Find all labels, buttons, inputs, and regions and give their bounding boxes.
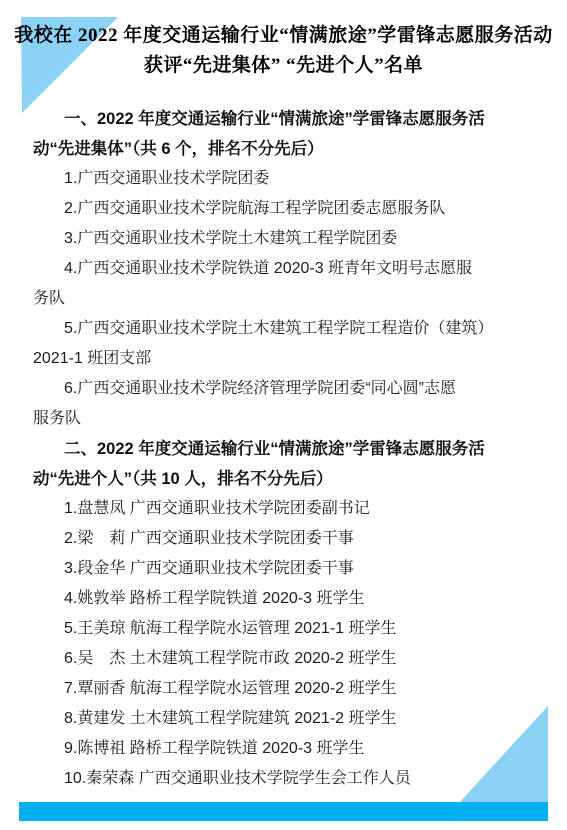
text-line: 3.段金华 广西交通职业技术学院团委干事	[33, 554, 537, 584]
corner-triangle-bottom-right	[456, 705, 548, 805]
document-body: 一、2022 年度交通运输行业“情满旅途”学雷锋志愿服务活 动“先进集体”（共 …	[33, 104, 537, 794]
text-line: 5.王美琼 航海工程学院水运管理 2021-1 班学生	[33, 614, 537, 644]
bottom-accent-band	[19, 802, 548, 821]
title-line-2: 获评“先进集体” “先进个人”名单	[0, 51, 567, 81]
document-page: 我校在 2022 年度交通运输行业“情满旅途”学雷锋志愿服务活动 获评“先进集体…	[0, 0, 567, 830]
text-line: 6.广西交通职业技术学院经济管理学院团委“同心圆”志愿	[33, 374, 537, 404]
text-line: 2.梁 莉 广西交通职业技术学院团委干事	[33, 524, 537, 554]
text-line: 5.广西交通职业技术学院土木建筑工程学院工程造价（建筑）	[33, 314, 537, 344]
page-title: 我校在 2022 年度交通运输行业“情满旅途”学雷锋志愿服务活动 获评“先进集体…	[0, 21, 567, 81]
section1-heading-line: 动“先进集体”（共 6 个，排名不分先后）	[33, 134, 537, 164]
text-line: 1.广西交通职业技术学院团委	[33, 164, 537, 194]
text-line: 7.覃丽香 航海工程学院水运管理 2020-2 班学生	[33, 674, 537, 704]
section1-heading-line: 一、2022 年度交通运输行业“情满旅途”学雷锋志愿服务活	[33, 104, 537, 134]
text-line: 1.盘慧凤 广西交通职业技术学院团委副书记	[33, 494, 537, 524]
text-line: 2021-1 班团支部	[33, 344, 537, 374]
section2-heading-line: 二、2022 年度交通运输行业“情满旅途”学雷锋志愿服务活	[33, 434, 537, 464]
text-line: 务队	[33, 284, 537, 314]
section2-heading-line: 动“先进个人”（共 10 人，排名不分先后）	[33, 464, 537, 494]
text-line: 3.广西交通职业技术学院土木建筑工程学院团委	[33, 224, 537, 254]
text-line: 2.广西交通职业技术学院航海工程学院团委志愿服务队	[33, 194, 537, 224]
text-line: 服务队	[33, 404, 537, 434]
text-line: 6.吴 杰 土木建筑工程学院市政 2020-2 班学生	[33, 644, 537, 674]
triangle-shape	[457, 706, 548, 805]
text-line: 4.姚敦举 路桥工程学院铁道 2020-3 班学生	[33, 584, 537, 614]
title-line-1: 我校在 2022 年度交通运输行业“情满旅途”学雷锋志愿服务活动	[0, 21, 567, 51]
text-line: 4.广西交通职业技术学院铁道 2020-3 班青年文明号志愿服	[33, 254, 537, 284]
